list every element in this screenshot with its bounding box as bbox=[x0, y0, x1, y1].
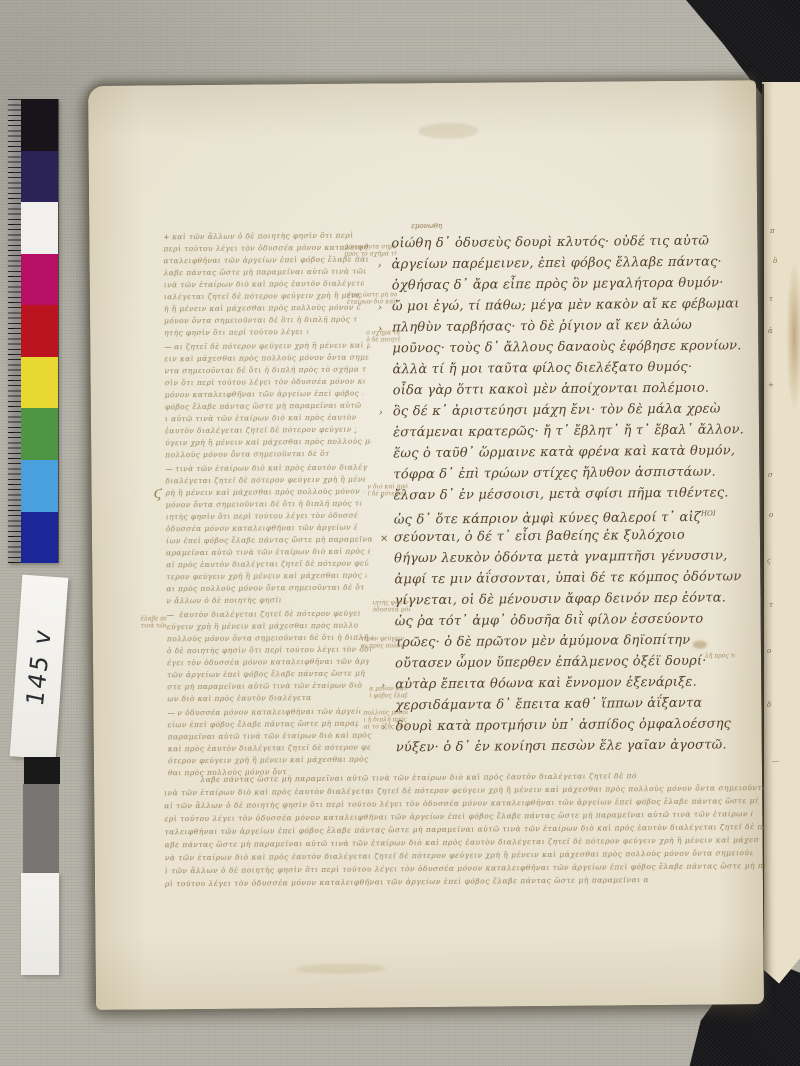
interlinear-gloss: ἐμονώθη bbox=[411, 223, 471, 231]
edge-strip-gloss-mark: ἀ bbox=[768, 328, 773, 335]
scholia-line: ν ἄλλων ὁ δὲ ποιητὴς φησὶν ὅτι περὶ τούτ… bbox=[166, 594, 280, 607]
bottom-scholia-block: λαβε πάντας ὥστε μὴ παραμεῖναι αὐτῶ τινὰ… bbox=[164, 768, 771, 890]
scholia-line: μόνον ὄντα σημειοῦνται δὲ ὅτι ἡ διπλῆ πρ… bbox=[164, 314, 358, 328]
left-scholia-column: +καὶ τῶν ἄλλων ὁ δὲ ποιητὴς φησὶν ὅτι πε… bbox=[163, 230, 376, 782]
scholia-line: ων διὸ καὶ πρὸς ἑαυτὸν διαλέγεται ζητεῖ … bbox=[167, 692, 311, 705]
edge-strip-gloss-mark: τ bbox=[769, 602, 773, 609]
margin-siglum: ϛ bbox=[153, 483, 162, 501]
verse-text: σεύονται, ὁ δέ τ᾽ εἶσι βαθείης ἐκ ξυλόχο… bbox=[394, 528, 685, 546]
color-patch bbox=[21, 254, 58, 306]
ruler-scale bbox=[8, 99, 21, 563]
color-calibration-bar bbox=[8, 99, 58, 563]
calibration-gray-patch bbox=[23, 784, 59, 873]
main-text-column: οἰώθη δ᾽ ὀδυσεὺς δουρὶ κλυτός· οὐδέ τις … bbox=[377, 230, 770, 758]
color-patch bbox=[21, 99, 58, 151]
verse-text: ἀργείων παρέμεινεν, ἐπεὶ φόβος ἔλλαβε πά… bbox=[392, 254, 722, 272]
verse-line: νύξεν· ὁ δ᾽ ἐν κονίησι πεσὼν ἕλε γαῖαν ἀ… bbox=[382, 734, 770, 758]
verse-text: γίγνεται, οἱ δὲ μένουσιν ἄφαρ δεινόν περ… bbox=[394, 590, 726, 608]
scholia-paragraph: +καὶ τῶν ἄλλων ὁ δὲ ποιητὴς φησὶν ὅτι πε… bbox=[163, 230, 372, 340]
edge-strip-gloss-mark: ὃ bbox=[773, 258, 777, 265]
marginal-gloss: ντας ὥστε μὴ παραμ ἑταίρων διὸ καὶ π bbox=[347, 291, 397, 305]
manuscript-photo: { "folio": { "label": "145 v" }, "colors… bbox=[0, 0, 800, 1066]
calibration-white-patch bbox=[21, 873, 59, 975]
verse-text: νύξεν· ὁ δ᾽ ἐν κονίησι πεσὼν ἕλε γαῖαν ἀ… bbox=[396, 737, 727, 755]
folio-number-label: 145 v bbox=[21, 625, 57, 708]
edge-strip-gloss-mark: π bbox=[770, 228, 775, 235]
edge-strip-gloss-mark: σ bbox=[768, 472, 773, 479]
marginal-gloss: πολλοὺς μόνον ὄντι ἡ διπλῆ πρὸς τὸ αὶ τὸ… bbox=[363, 709, 407, 730]
verse-text: τρῶες· ὁ δὲ πρῶτον μὲν ἀμύμονα δηϊοπίτην bbox=[395, 633, 691, 651]
color-patch bbox=[21, 357, 58, 409]
marginal-gloss: α μόνον καταλειφθῆὶ φόβος ἔλαβε πάντ bbox=[369, 685, 407, 699]
color-patch bbox=[21, 460, 58, 512]
verse-text: μοῦνος· τοὺς δ᾽ ἄλλους δαναοὺς ἐφόβησε κ… bbox=[392, 338, 741, 356]
paragraph-mark: — bbox=[164, 342, 172, 351]
verse-text: τόφρα δ᾽ ἐπὶ τρώων στίχες ἤλυθον ἀσπιστά… bbox=[393, 465, 716, 483]
verse-text: ἀλλὰ τί ἤ μοι ταῦτα φίλος διελέξατο θυμό… bbox=[392, 360, 692, 378]
marginal-gloss: ιητὴς φησὶν ὅτι πε ὀδυσσέα μόνον κατ bbox=[372, 599, 410, 613]
marginal-gloss: ὸ σχῆμα τῆς ἀπορίαὁ δὲ ποιητὴς φησὶν bbox=[366, 329, 400, 343]
verse-text: ὀχθήσας δ᾽ ἄρα εἶπε πρὸς ὃν μεγαλήτορα θ… bbox=[392, 275, 724, 293]
verse-text: οἰώθη δ᾽ ὀδυσεὺς δουρὶ κλυτός· οὐδέ τις … bbox=[391, 234, 709, 252]
scholia-line: ότερον φεύγειν χρὴ ἢ μένειν καὶ μάχεσθαι… bbox=[168, 754, 370, 768]
color-patch bbox=[21, 202, 58, 254]
edge-strip-gloss-mark: + bbox=[768, 382, 774, 389]
scholia-line: πολλοὺς μόνον ὄντα σημειοῦνται δὲ ὅτι ἡ … bbox=[165, 448, 329, 461]
scholia-paragraph: —τινὰ τῶν ἑταίρων διὸ καὶ πρὸς ἑαυτὸν δι… bbox=[165, 462, 374, 608]
verse-text: ὤ μοι ἐγώ, τί πάθω; μέγα μὲν κακὸν αἴ κε… bbox=[392, 296, 740, 314]
color-patches bbox=[21, 99, 59, 563]
marginal-gloss: ν διὸ καὶ πρὸς ἑαυῖ δὲ πότερον φεύγε bbox=[367, 483, 407, 497]
parchment-page: +καὶ τῶν ἄλλων ὁ δὲ ποιητὴς φησὶν ὅτι πε… bbox=[88, 80, 764, 1010]
paragraph-mark: — bbox=[165, 464, 173, 473]
parchment-stain bbox=[418, 123, 478, 140]
edge-strip-gloss-mark: ο bbox=[769, 512, 773, 519]
paragraph-mark: + bbox=[163, 232, 170, 241]
paragraph-mark: — bbox=[167, 610, 175, 619]
verse-text: οὔτασεν ὦμον ὕπερθεν ἐπάλμενος ὀξέϊ δουρ… bbox=[395, 654, 707, 672]
scholia-line: ητὴς φησὶν ὅτι περὶ τούτου λέγει τὸν ὀδυ… bbox=[164, 326, 308, 339]
verse-text: ἀμφί τε μιν ἀΐσσονται, ὑπαὶ δέ τε κόμπος… bbox=[394, 569, 741, 587]
verse-text: ἕως ὁ ταῦθ᾽ ὥρμαινε κατὰ φρένα καὶ κατὰ … bbox=[393, 443, 735, 461]
marginal-gloss: ἔλαβε πάντας ὥστε τινὰ τῶν ἑταίρων bbox=[141, 615, 167, 629]
margin-critical-sign: › bbox=[379, 402, 393, 423]
verse-text: δουρὶ κατὰ προτμήσιν ὑπ᾽ ἀσπίδος ὀμφαλοέ… bbox=[396, 716, 732, 734]
scholia-paragraph: — ἑαυτὸν διαλέγεται ζητεῖ δὲ πότερον φεύ… bbox=[167, 608, 376, 706]
verse-text: θήγων λευκὸν ὀδόντα μετὰ γναμπτῆσι γένυσ… bbox=[394, 548, 727, 566]
margin-critical-sign: × bbox=[380, 528, 394, 549]
color-patch bbox=[21, 151, 58, 203]
verse-text: αὐτὰρ ἔπειτα θόωνα καὶ ἔννομον ἐξενάριξε… bbox=[395, 675, 697, 693]
color-patch bbox=[21, 512, 58, 564]
marginal-gloss: τερον φεύγειν χρὴ αι πρὸς πολλοὺς μό bbox=[361, 635, 405, 649]
marginal-gloss: λῆ πρὸς τὸ σχῆμα τ bbox=[705, 652, 735, 659]
scholia-line: αι πρὸς πολλοὺς μόνον ὄντα σημειοῦνται δ… bbox=[166, 582, 364, 596]
verse-text: ὃς δέ κ᾽ ἀριστεύησι μάχη ἔνι· τὸν δὲ μάλ… bbox=[393, 401, 721, 419]
verse-text: πληθὺν ταρβήσας· τὸ δὲ ῥίγιον αἴ κεν ἁλώ… bbox=[392, 318, 692, 336]
superscript-correction: ΗΟΙ bbox=[701, 510, 716, 518]
verse-text: ἔλσαν δ᾽ ἐν μέσσοισι, μετὰ σφίσι πῆμα τι… bbox=[394, 485, 729, 503]
verse-text: χερσιδάμαντα δ᾽ ἔπειτα καθ᾽ ἵππων ἀΐξαντ… bbox=[395, 696, 702, 714]
marginal-gloss: μόνον ὄντα σημειοῦ πρὸς τὸ σχῆμα τῆς bbox=[344, 243, 396, 257]
edge-strip-gloss-mark: τ bbox=[769, 296, 773, 303]
scholia-line: ύγειν χρὴ ἢ μένειν καὶ μάχεσθαι πρὸς πολ… bbox=[165, 436, 371, 450]
color-patch bbox=[21, 305, 58, 357]
paragraph-mark: — bbox=[167, 708, 175, 717]
parchment-stain bbox=[296, 963, 386, 974]
calibration-black-patch bbox=[24, 757, 60, 784]
edge-strip-gloss-mark: — bbox=[772, 758, 779, 765]
verse-text: ὡς ῥα τότ᾽ ἀμφ᾽ ὀδυσῆα διῒ φίλον ἐσσεύον… bbox=[395, 612, 704, 630]
scholia-line: στε μὴ παραμεῖναι αὐτῶ τινὰ τῶν ἑταίρων … bbox=[167, 680, 365, 694]
verse-text: ἑστάμεναι κρατερῶς· ἤ τ᾽ ἔβλητ᾽ ἤ τ᾽ ἔβα… bbox=[393, 422, 744, 440]
color-patch bbox=[21, 408, 58, 460]
scholia-paragraph: —αι ζητεῖ δὲ πότερον φεύγειν χρὴ ἢ μένει… bbox=[164, 340, 373, 462]
scholia-paragraph: —ν ὀδυσσέα μόνον καταλειφθῆναι τῶν ἀργεί… bbox=[167, 706, 376, 780]
margin-critical-sign: › bbox=[377, 255, 391, 276]
verse-text: οἶδα γὰρ ὅττι κακοὶ μὲν ἀποίχονται πολέμ… bbox=[393, 381, 710, 399]
